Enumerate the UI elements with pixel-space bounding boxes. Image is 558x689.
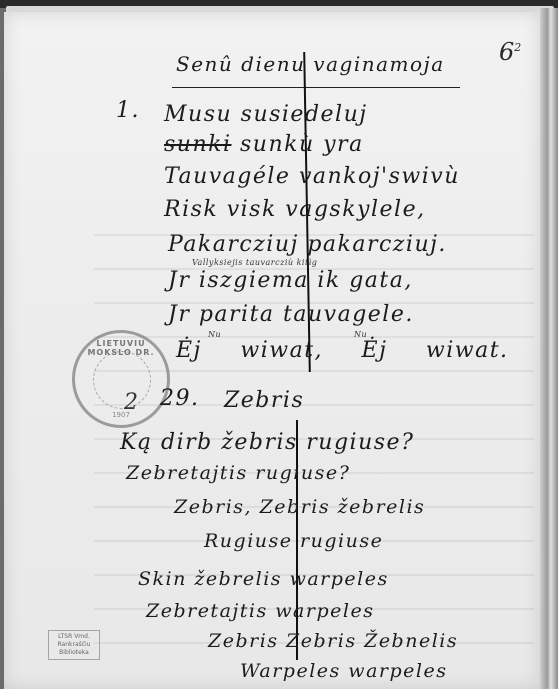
song-1-line: Pakarcziuj pakarcziuj. [168, 232, 447, 257]
song-1-number: 1. [116, 98, 140, 123]
song-2-line: Zebretajtis rugiuse? [126, 462, 350, 484]
library-stamp-line: Rankraščiu [49, 641, 99, 649]
song-2-line: Warpeles warpeles [240, 660, 447, 682]
page-edge [540, 8, 558, 689]
marginal-number: 2 [124, 390, 140, 415]
song-2-line: Zebretajtis warpeles [146, 600, 374, 622]
library-stamp: LTSR Vmd. Rankraščiu Biblioteka [48, 630, 100, 660]
seal-year: 1907 [75, 411, 167, 419]
seal-emblem [93, 351, 151, 409]
song-2-line: Rugiuse rugiuse [204, 530, 383, 552]
song-1-line: sunki sunkù yra [164, 132, 364, 157]
song-2-title: Zebris [224, 388, 304, 413]
song-2-number: 29. [160, 386, 200, 411]
song-1-line: Musu susiedeluj [164, 102, 368, 127]
line-text: sunkù yra [240, 132, 364, 157]
song-1-line: Risk visk vagskylele, [164, 197, 426, 222]
song-2-line: Ką dirb žebris rugiuse? [120, 430, 414, 455]
page-number: 62 [499, 38, 521, 66]
song-1-line: Ėj wiwat, Ėj wiwat. [176, 338, 509, 363]
manuscript-page: 62 Senû dienu vaginamoja 1. Musu susiede… [4, 12, 540, 689]
song-1-line: Jr parita tauvagele. [168, 302, 414, 327]
song-2-line: Zebris, Zebris žebrelis [174, 496, 425, 518]
interlinear-note: Vallyksiejis tauvarcziù kitìg [192, 258, 317, 267]
song-2-line: Zebris Zebris Žebnelis [208, 630, 458, 652]
struck-word: sunki [164, 132, 232, 157]
institution-seal-stamp: LIETUVIU MOKSLO DR. 1907 [72, 330, 170, 428]
library-stamp-line: Biblioteka [49, 649, 99, 657]
title-underline [172, 87, 460, 88]
library-stamp-line: LTSR Vmd. [49, 633, 99, 641]
song-1-line: Jr iszgiema ik gata, [168, 268, 413, 293]
page-title: Senû dienu vaginamoja [176, 52, 445, 76]
song-2-line: Skin žebrelis warpeles [138, 568, 389, 590]
song-1-line: Tauvagéle vankoj'swivù [164, 164, 460, 189]
